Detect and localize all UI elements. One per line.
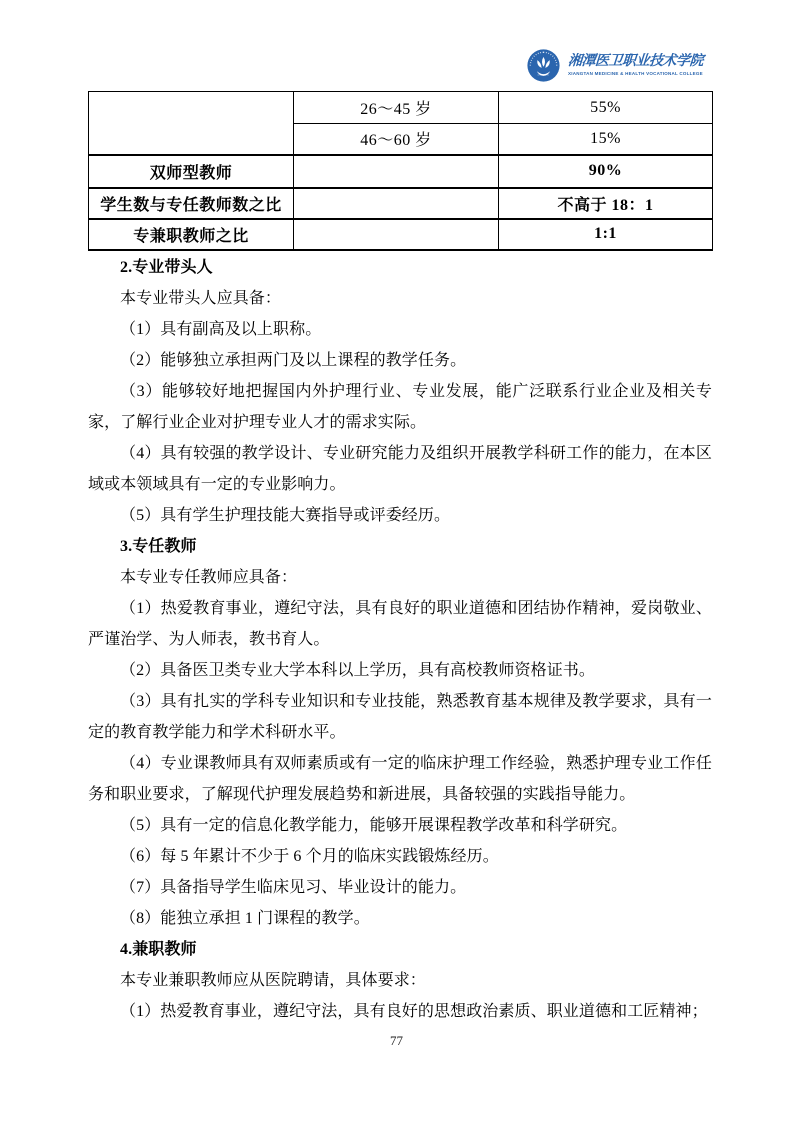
table-row: 专兼职教师之比 1:1 (89, 219, 713, 250)
paragraph: （5）具有学生护理技能大赛指导或评委经历。 (88, 500, 712, 531)
paragraph: （4）专业课教师具有双师素质或有一定的临床护理工作经验，熟悉护理专业工作任务和职… (88, 748, 712, 810)
paragraph: （8）能独立承担 1 门课程的教学。 (88, 903, 712, 934)
table-cell-empty (294, 219, 499, 250)
table-cell-percentage: 15% (499, 124, 713, 155)
paragraph: （3）具有扎实的学科专业知识和专业技能，熟悉教育基本规律及教学要求，具有一定的教… (88, 686, 712, 748)
paragraph: （2）能够独立承担两门及以上课程的教学任务。 (88, 345, 712, 376)
paragraph: 本专业带头人应具备： (88, 283, 712, 314)
college-emblem-icon (527, 49, 560, 82)
table-cell-empty (294, 155, 499, 188)
table-row: 26～45 岁 55% (89, 92, 713, 124)
paragraph: （5）具有一定的信息化教学能力，能够开展课程教学改革和科学研究。 (88, 810, 712, 841)
table-cell-age-range: 46～60 岁 (294, 124, 499, 155)
college-name-en: XIANGTAN MEDICINE & HEALTH VOCATIONAL CO… (568, 70, 703, 77)
document-page: 湘潭医卫职业技术学院 XIANGTAN MEDICINE & HEALTH VO… (0, 0, 793, 1122)
page-number: 77 (0, 1029, 793, 1053)
paragraph: （1）热爱教育事业，遵纪守法，具有良好的思想政治素质、职业道德和工匠精神； (88, 996, 712, 1027)
table-cell-label: 学生数与专任教师数之比 (89, 188, 294, 219)
section-heading: 2.专业带头人 (88, 252, 712, 283)
table-cell-value: 1:1 (499, 219, 713, 250)
table-cell-label: 双师型教师 (89, 155, 294, 188)
paragraph: （1）具有副高及以上职称。 (88, 314, 712, 345)
paragraph: （4）具有较强的教学设计、专业研究能力及组织开展教学科研工作的能力，在本区域或本… (88, 438, 712, 500)
table-cell-percentage: 55% (499, 92, 713, 124)
college-name-zh: 湘潭医卫职业技术学院 (567, 54, 703, 70)
table-row: 学生数与专任教师数之比 不高于 18：1 (89, 188, 713, 219)
table-cell-value: 90% (499, 155, 713, 188)
paragraph: 本专业兼职教师应从医院聘请，具体要求： (88, 965, 712, 996)
section-heading: 3.专任教师 (88, 531, 712, 562)
paragraph: （6）每 5 年累计不少于 6 个月的临床实践锻炼经历。 (88, 841, 712, 872)
college-name-block: 湘潭医卫职业技术学院 XIANGTAN MEDICINE & HEALTH VO… (568, 54, 703, 77)
document-body: 2.专业带头人 本专业带头人应具备： （1）具有副高及以上职称。 （2）能够独立… (0, 252, 793, 1027)
table-row: 双师型教师 90% (89, 155, 713, 188)
table-cell-value: 不高于 18：1 (499, 188, 713, 219)
college-logo: 湘潭医卫职业技术学院 XIANGTAN MEDICINE & HEALTH VO… (527, 49, 703, 82)
paragraph: （2）具备医卫类专业大学本科以上学历，具有高校教师资格证书。 (88, 655, 712, 686)
paragraph: 本专业专任教师应具备： (88, 562, 712, 593)
paragraph: （7）具备指导学生临床见习、毕业设计的能力。 (88, 872, 712, 903)
paragraph: （3）能够较好地把握国内外护理行业、专业发展，能广泛联系行业企业及相关专家，了解… (88, 376, 712, 438)
page-header: 湘潭医卫职业技术学院 XIANGTAN MEDICINE & HEALTH VO… (88, 45, 712, 85)
table-cell-empty (294, 188, 499, 219)
table-cell-age-range: 26～45 岁 (294, 92, 499, 124)
faculty-structure-table: 26～45 岁 55% 46～60 岁 15% 双师型教师 90% 学生数与专任… (88, 91, 713, 251)
table-cell-label: 专兼职教师之比 (89, 219, 294, 250)
paragraph: （1）热爱教育事业，遵纪守法，具有良好的职业道德和团结协作精神，爱岗敬业、严谨治… (88, 593, 712, 655)
section-heading: 4.兼职教师 (88, 934, 712, 965)
table-cell-category (89, 92, 294, 155)
